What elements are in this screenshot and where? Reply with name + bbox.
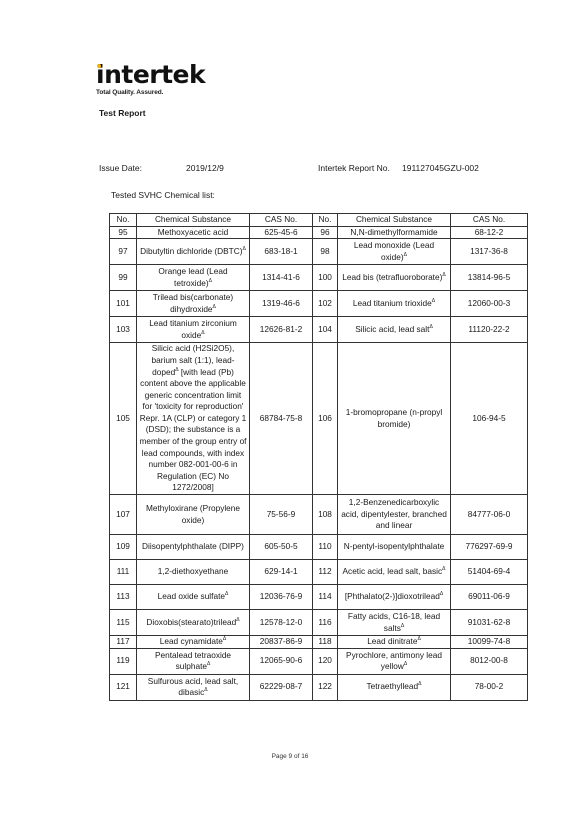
row-number: 120: [313, 648, 338, 674]
cas-number: 12626-81-2: [250, 317, 313, 343]
logo-tagline: Total Quality. Assured.: [96, 89, 205, 96]
chemical-name: 1-bromopropane (n-propyl bromide): [338, 343, 451, 495]
row-number: 116: [313, 610, 338, 636]
chemical-name: Trilead bis(carbonate) dihydroxideΔ: [137, 291, 250, 317]
row-number: 121: [110, 674, 137, 700]
table-row: 101Trilead bis(carbonate) dihydroxideΔ13…: [110, 291, 528, 317]
svhc-chemical-table: No. Chemical Substance CAS No. No. Chemi…: [109, 213, 528, 701]
header-cas-no: CAS No.: [451, 214, 528, 227]
chemical-name: N-pentyl-isopentylphthalate: [338, 535, 451, 560]
header-chemical-substance: Chemical Substance: [137, 214, 250, 227]
logo-accent-dot: [97, 64, 101, 68]
chemical-name: Silicic acid (H2Si2O5), barium salt (1:1…: [137, 343, 250, 495]
table-row: 109Diisopentylphthalate (DIPP)605-50-511…: [110, 535, 528, 560]
cas-number: 776297-69-9: [451, 535, 528, 560]
table-row: 121Sulfurous acid, lead salt, dibasicΔ62…: [110, 674, 528, 700]
chemical-name: Lead cynamidateΔ: [137, 636, 250, 649]
issue-date-value: 2019/12/9: [186, 163, 224, 173]
footnote-delta-mark: Δ: [401, 623, 404, 629]
table-row: 103Lead titanium zirconium oxideΔ12626-8…: [110, 317, 528, 343]
row-number: 96: [313, 226, 338, 239]
chemical-name: Lead bis (tetrafluoroborate)Δ: [338, 265, 451, 291]
row-number: 122: [313, 674, 338, 700]
table-row: 107Methyloxirane (Propylene oxide)75-56-…: [110, 495, 528, 535]
row-number: 113: [110, 585, 137, 610]
row-number: 108: [313, 495, 338, 535]
row-number: 114: [313, 585, 338, 610]
chemical-name: Dibutyltin dichloride (DBTC)Δ: [137, 239, 250, 265]
chemical-name: 1,2-diethoxyethane: [137, 560, 250, 585]
footnote-delta-mark: Δ: [204, 687, 207, 693]
cas-number: 605-50-5: [250, 535, 313, 560]
table-row: 99Orange lead (Lead tetroxide)Δ1314-41-6…: [110, 265, 528, 291]
chemical-name: Methoxyacetic acid: [137, 226, 250, 239]
report-number-value: 191127045GZU-002: [402, 163, 479, 173]
row-number: 103: [110, 317, 137, 343]
row-number: 98: [313, 239, 338, 265]
footnote-delta-mark: Δ: [404, 252, 407, 258]
cas-number: 12065-90-6: [250, 648, 313, 674]
table-row: 1111,2-diethoxyethane629-14-1112Acetic a…: [110, 560, 528, 585]
header-no: No.: [313, 214, 338, 227]
row-number: 105: [110, 343, 137, 495]
cas-number: 683-18-1: [250, 239, 313, 265]
cas-number: 68784-75-8: [250, 343, 313, 495]
chemical-name: Lead dinitrateΔ: [338, 636, 451, 649]
footnote-delta-mark: Δ: [417, 636, 420, 642]
cas-number: 1314-41-6: [250, 265, 313, 291]
cas-number: 1319-46-6: [250, 291, 313, 317]
footnote-delta-mark: Δ: [209, 278, 212, 284]
page-number: Page 9 of 16: [0, 753, 580, 760]
logo-wordmark: intertek: [96, 62, 205, 88]
intertek-logo: intertek Total Quality. Assured.: [96, 62, 205, 96]
cas-number: 20837-86-9: [250, 636, 313, 649]
cas-number: 629-14-1: [250, 560, 313, 585]
header-chemical-substance: Chemical Substance: [338, 214, 451, 227]
table-row: 119Pentalead tetraoxide sulphateΔ12065-9…: [110, 648, 528, 674]
chemical-name: Sulfurous acid, lead salt, dibasicΔ: [137, 674, 250, 700]
table-row: 117Lead cynamidateΔ20837-86-9118Lead din…: [110, 636, 528, 649]
cas-number: 10099-74-8: [451, 636, 528, 649]
header-no: No.: [110, 214, 137, 227]
row-number: 112: [313, 560, 338, 585]
cas-number: 69011-06-9: [451, 585, 528, 610]
cas-number: 12060-00-3: [451, 291, 528, 317]
row-number: 110: [313, 535, 338, 560]
row-number: 107: [110, 495, 137, 535]
footnote-delta-mark: Δ: [175, 367, 178, 373]
cas-number: 12578-12-0: [250, 610, 313, 636]
cas-number: 68-12-2: [451, 226, 528, 239]
row-number: 111: [110, 560, 137, 585]
cas-number: 8012-00-8: [451, 648, 528, 674]
row-number: 109: [110, 535, 137, 560]
issue-date-label: Issue Date:: [99, 163, 142, 173]
row-number: 119: [110, 648, 137, 674]
chemical-name: [Phthalato(2-)]dioxotrileadΔ: [338, 585, 451, 610]
chemical-name: Orange lead (Lead tetroxide)Δ: [137, 265, 250, 291]
report-title: Test Report: [99, 108, 146, 118]
row-number: 102: [313, 291, 338, 317]
footnote-delta-mark: Δ: [213, 304, 216, 310]
row-number: 117: [110, 636, 137, 649]
table-row: 105Silicic acid (H2Si2O5), barium salt (…: [110, 343, 528, 495]
cas-number: 75-56-9: [250, 495, 313, 535]
footnote-delta-mark: Δ: [236, 617, 239, 623]
row-number: 100: [313, 265, 338, 291]
cas-number: 13814-96-5: [451, 265, 528, 291]
chemical-name: Acetic acid, lead salt, basicΔ: [338, 560, 451, 585]
header-cas-no: CAS No.: [250, 214, 313, 227]
list-title: Tested SVHC Chemical list:: [111, 190, 215, 200]
footnote-delta-mark: Δ: [440, 591, 443, 597]
chemical-name: Methyloxirane (Propylene oxide): [137, 495, 250, 535]
cas-number: 11120-22-2: [451, 317, 528, 343]
chemical-name: Lead titanium zirconium oxideΔ: [137, 317, 250, 343]
chemical-name: N,N-dimethylformamide: [338, 226, 451, 239]
row-number: 97: [110, 239, 137, 265]
chemical-name: Silicic acid, lead saltΔ: [338, 317, 451, 343]
footnote-delta-mark: Δ: [243, 246, 246, 252]
row-number: 115: [110, 610, 137, 636]
logo-text: intertek: [96, 60, 205, 89]
row-number: 99: [110, 265, 137, 291]
cas-number: 12036-76-9: [250, 585, 313, 610]
chemical-name: TetraethylleadΔ: [338, 674, 451, 700]
chemical-name: Diisopentylphthalate (DIPP): [137, 535, 250, 560]
footnote-delta-mark: Δ: [418, 681, 421, 687]
row-number: 106: [313, 343, 338, 495]
footnote-delta-mark: Δ: [201, 330, 204, 336]
cas-number: 84777-06-0: [451, 495, 528, 535]
table-row: 113Lead oxide sulfateΔ12036-76-9114[Phth…: [110, 585, 528, 610]
table-header-row: No. Chemical Substance CAS No. No. Chemi…: [110, 214, 528, 227]
table-row: 95Methoxyacetic acid625-45-696N,N-dimeth…: [110, 226, 528, 239]
report-number-label: Intertek Report No.: [318, 163, 390, 173]
cas-number: 625-45-6: [250, 226, 313, 239]
footnote-delta-mark: Δ: [432, 298, 435, 304]
footnote-delta-mark: Δ: [429, 324, 432, 330]
footnote-delta-mark: Δ: [207, 661, 210, 667]
cas-number: 62229-08-7: [250, 674, 313, 700]
footnote-delta-mark: Δ: [404, 661, 407, 667]
row-number: 101: [110, 291, 137, 317]
row-number: 104: [313, 317, 338, 343]
chemical-name: Pentalead tetraoxide sulphateΔ: [137, 648, 250, 674]
chemical-name: 1,2-Benzenedicarboxylic acid, dipentyles…: [338, 495, 451, 535]
table-row: 97Dibutyltin dichloride (DBTC)Δ683-18-19…: [110, 239, 528, 265]
footnote-delta-mark: Δ: [225, 591, 228, 597]
chemical-name: Fatty acids, C16-18, lead saltsΔ: [338, 610, 451, 636]
chemical-name: Lead oxide sulfateΔ: [137, 585, 250, 610]
chemical-name: Pyrochlore, antimony lead yellowΔ: [338, 648, 451, 674]
cas-number: 106-94-5: [451, 343, 528, 495]
table-row: 115Dioxobis(stearato)trileadΔ12578-12-01…: [110, 610, 528, 636]
row-number: 95: [110, 226, 137, 239]
cas-number: 51404-69-4: [451, 560, 528, 585]
cas-number: 1317-36-8: [451, 239, 528, 265]
chemical-name: Lead monoxide (Lead oxide)Δ: [338, 239, 451, 265]
footnote-delta-mark: Δ: [442, 566, 445, 572]
cas-number: 78-00-2: [451, 674, 528, 700]
chemical-name: Dioxobis(stearato)trileadΔ: [137, 610, 250, 636]
chemical-name: Lead titanium trioxideΔ: [338, 291, 451, 317]
cas-number: 91031-62-8: [451, 610, 528, 636]
footnote-delta-mark: Δ: [223, 636, 226, 642]
row-number: 118: [313, 636, 338, 649]
footnote-delta-mark: Δ: [442, 272, 445, 278]
